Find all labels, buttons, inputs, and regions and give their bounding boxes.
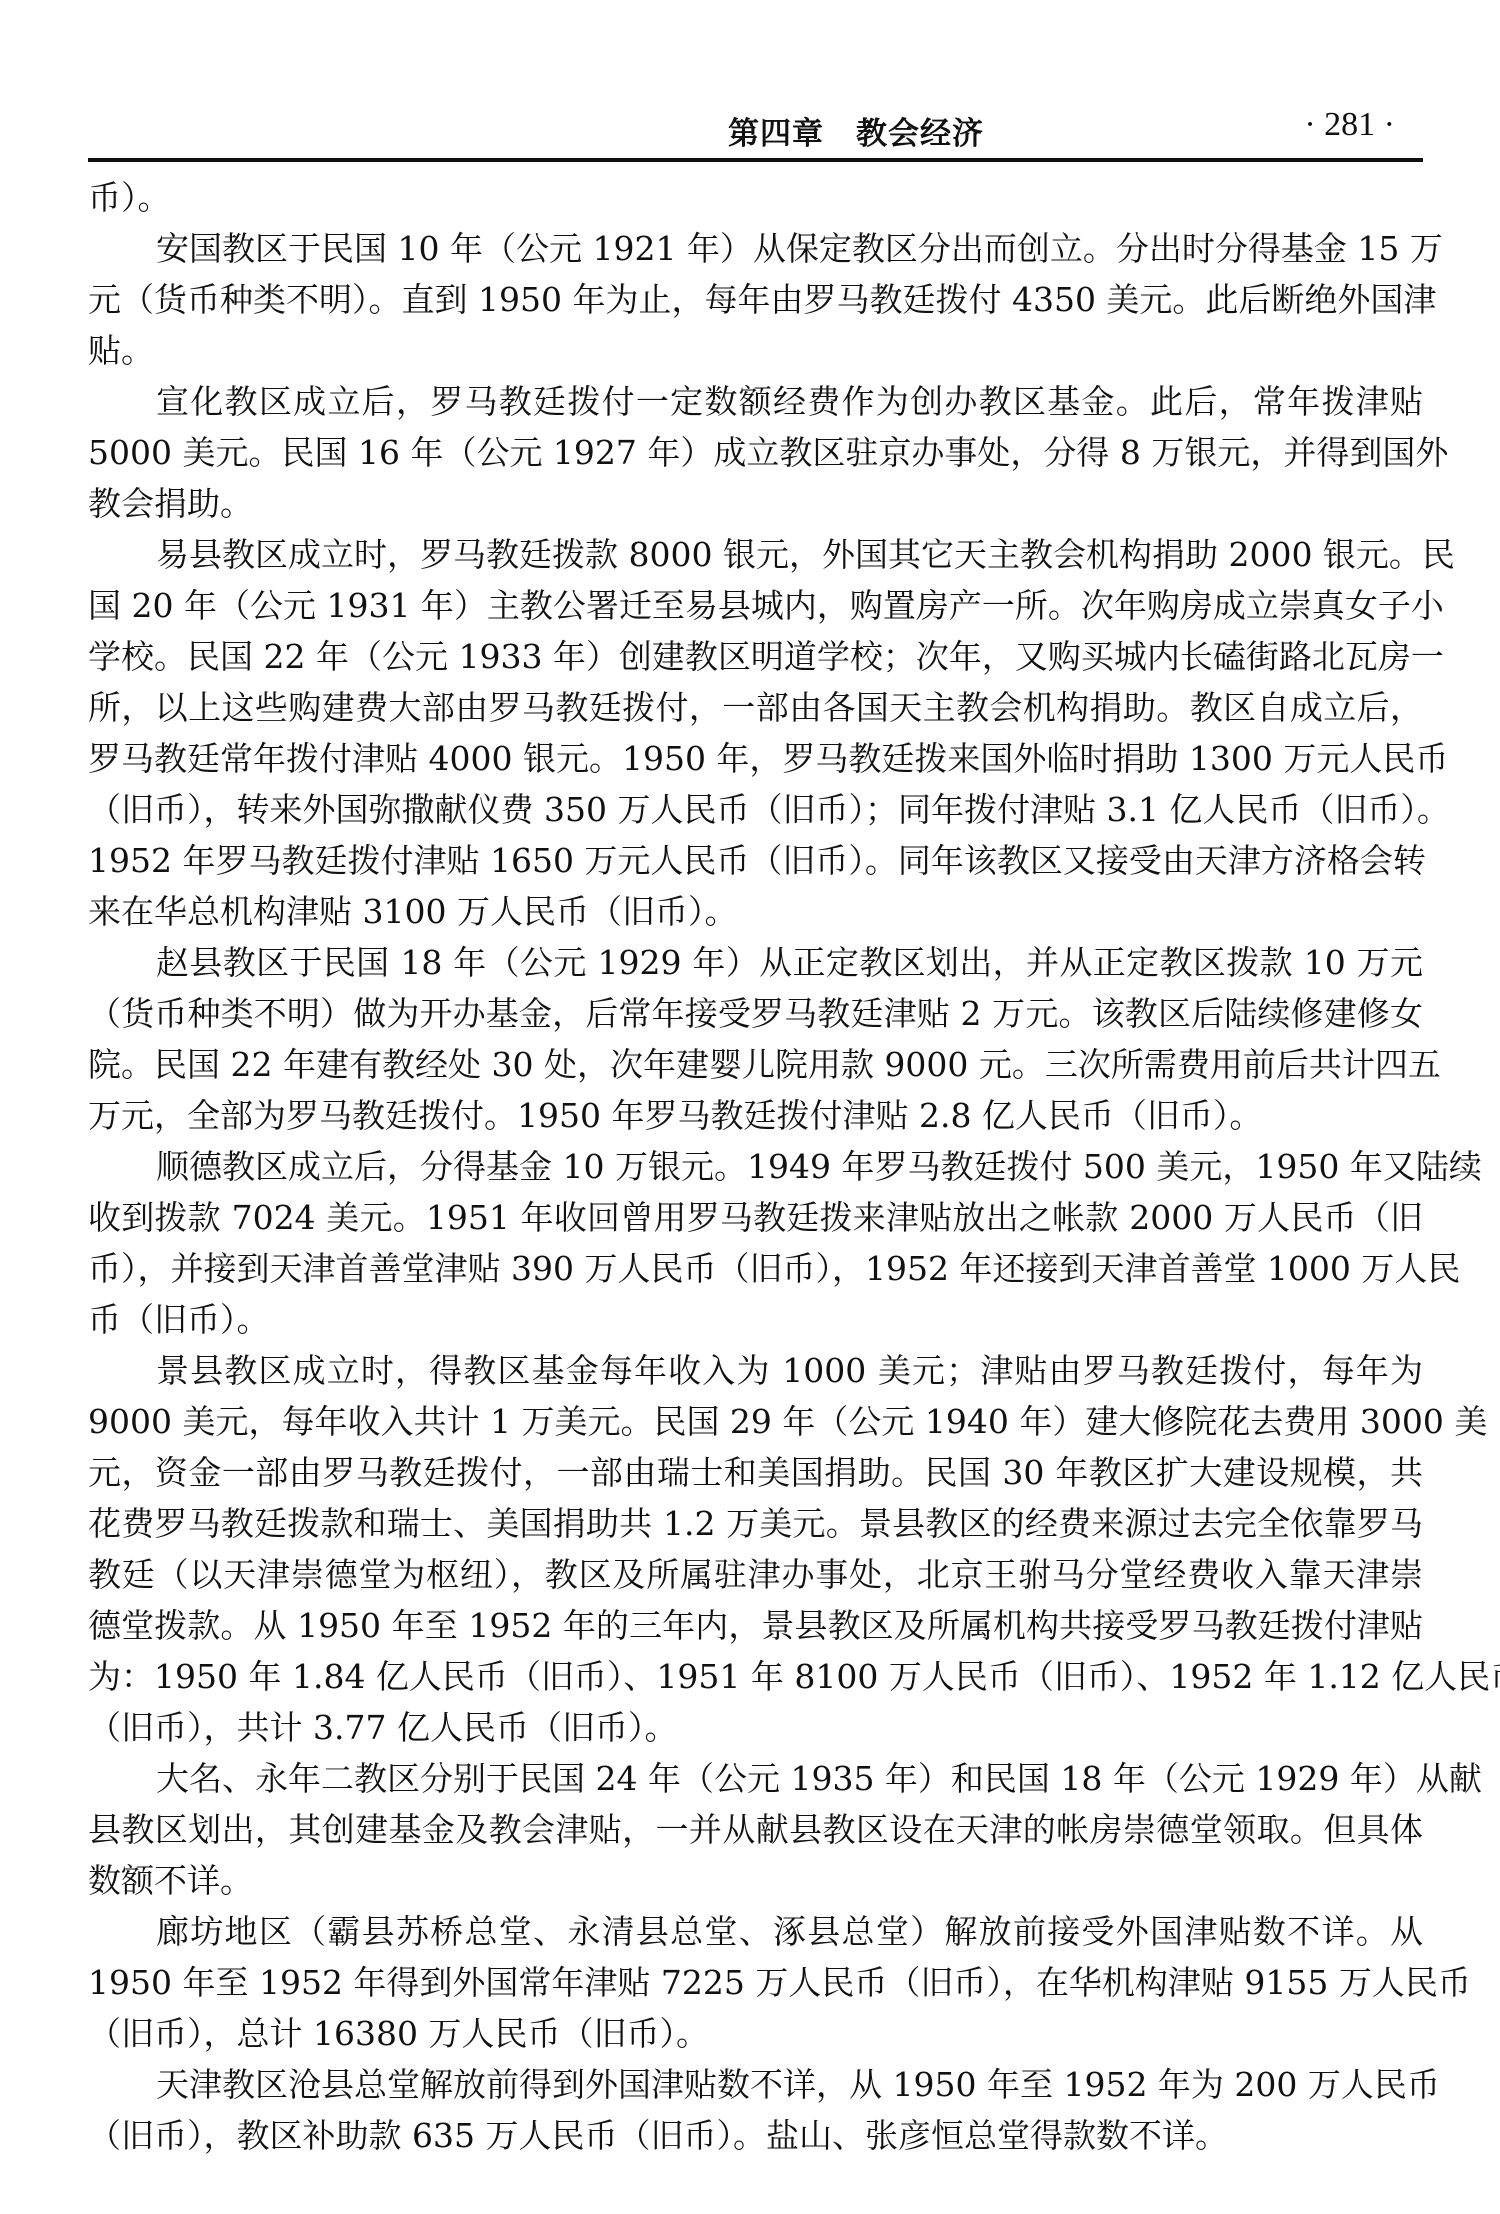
text-line: 5000 美元。民国 16 年（公元 1927 年）成立教区驻京办事处，分得 8…	[88, 427, 1423, 478]
text-line: 县教区划出，其创建基金及教会津贴，一并从献县教区设在天津的帐房崇德堂领取。但具体	[88, 1804, 1423, 1855]
text-line: 元，资金一部由罗马教廷拨付，一部由瑞士和美国捐助。民国 30 年教区扩大建设规模…	[88, 1447, 1423, 1498]
text-line: 为：1950 年 1.84 亿人民币（旧币）、1951 年 8100 万人民币（…	[88, 1651, 1423, 1702]
text-line: （旧币），转来外国弥撒献仪费 350 万人民币（旧币）；同年拨付津贴 3.1 亿…	[88, 784, 1423, 835]
page-number: · 281 ·	[1304, 106, 1395, 144]
text-line: （旧币），共计 3.77 亿人民币（旧币）。	[88, 1702, 1423, 1753]
paragraph: 赵县教区于民国 18 年（公元 1929 年）从正定教区划出，并从正定教区拨款 …	[88, 937, 1423, 1141]
text-line: 来在华总机构津贴 3100 万人民币（旧币）。	[88, 886, 1423, 937]
text-line: 顺德教区成立后，分得基金 10 万银元。1949 年罗马教廷拨付 500 美元，…	[88, 1141, 1423, 1192]
text-line: 元（货币种类不明）。直到 1950 年为止，每年由罗马教廷拨付 4350 美元。…	[88, 274, 1423, 325]
text-line: 大名、永年二教区分别于民国 24 年（公元 1935 年）和民国 18 年（公元…	[88, 1753, 1423, 1804]
page-header: 第四章 教会经济 · 281 ·	[88, 104, 1423, 152]
text-line: （旧币），总计 16380 万人民币（旧币）。	[88, 2008, 1423, 2059]
header-rule	[88, 158, 1423, 162]
text-line: 贴。	[88, 325, 1423, 376]
text-line: 廊坊地区（霸县苏桥总堂、永清县总堂、涿县总堂）解放前接受外国津贴数不详。从	[88, 1906, 1423, 1957]
text-line: 数额不详。	[88, 1855, 1423, 1906]
text-line: 收到拨款 7024 美元。1951 年收回曾用罗马教廷拨来津贴放出之帐款 200…	[88, 1192, 1423, 1243]
text-line: 天津教区沧县总堂解放前得到外国津贴数不详，从 1950 年至 1952 年为 2…	[88, 2059, 1423, 2110]
text-line: 花费罗马教廷拨款和瑞士、美国捐助共 1.2 万美元。景县教区的经费来源过去完全依…	[88, 1498, 1423, 1549]
text-line: 学校。民国 22 年（公元 1933 年）创建教区明道学校；次年，又购买城内长磕…	[88, 631, 1423, 682]
text-line: 赵县教区于民国 18 年（公元 1929 年）从正定教区划出，并从正定教区拨款 …	[88, 937, 1423, 988]
paragraph: 大名、永年二教区分别于民国 24 年（公元 1935 年）和民国 18 年（公元…	[88, 1753, 1423, 1906]
text-line: 1952 年罗马教廷拨付津贴 1650 万元人民币（旧币）。同年该教区又接受由天…	[88, 835, 1423, 886]
text-line: 币（旧币）。	[88, 1294, 1423, 1345]
text-line: 院。民国 22 年建有教经处 30 处，次年建婴儿院用款 9000 元。三次所需…	[88, 1039, 1423, 1090]
paragraph: 顺德教区成立后，分得基金 10 万银元。1949 年罗马教廷拨付 500 美元，…	[88, 1141, 1423, 1345]
running-title: 第四章 教会经济	[728, 108, 984, 153]
text-line: 易县教区成立时，罗马教廷拨款 8000 银元，外国其它天主教会机构捐助 2000…	[88, 529, 1423, 580]
text-line: 宣化教区成立后，罗马教廷拨付一定数额经费作为创办教区基金。此后，常年拨津贴	[88, 376, 1423, 427]
text-line: 德堂拨款。从 1950 年至 1952 年的三年内，景县教区及所属机构共接受罗马…	[88, 1600, 1423, 1651]
text-line: （旧币），教区补助款 635 万人民币（旧币）。盐山、张彦恒总堂得款数不详。	[88, 2110, 1423, 2161]
paragraph: 易县教区成立时，罗马教廷拨款 8000 银元，外国其它天主教会机构捐助 2000…	[88, 529, 1423, 937]
text-line: 币），并接到天津首善堂津贴 390 万人民币（旧币），1952 年还接到天津首善…	[88, 1243, 1423, 1294]
text-line: 景县教区成立时，得教区基金每年收入为 1000 美元；津贴由罗马教廷拨付，每年为	[88, 1345, 1423, 1396]
text-line: （货币种类不明）做为开办基金，后常年接受罗马教廷津贴 2 万元。该教区后陆续修建…	[88, 988, 1423, 1039]
text-line: 9000 美元，每年收入共计 1 万美元。民国 29 年（公元 1940 年）建…	[88, 1396, 1423, 1447]
body-text: 币）。安国教区于民国 10 年（公元 1921 年）从保定教区分出而创立。分出时…	[88, 172, 1423, 2161]
text-line: 万元，全部为罗马教廷拨付。1950 年罗马教廷拨付津贴 2.8 亿人民币（旧币）…	[88, 1090, 1423, 1141]
paragraph: 景县教区成立时，得教区基金每年收入为 1000 美元；津贴由罗马教廷拨付，每年为…	[88, 1345, 1423, 1753]
text-line: 罗马教廷常年拨付津贴 4000 银元。1950 年，罗马教廷拨来国外临时捐助 1…	[88, 733, 1423, 784]
text-line: 1950 年至 1952 年得到外国常年津贴 7225 万人民币（旧币），在华机…	[88, 1957, 1423, 2008]
paragraph: 安国教区于民国 10 年（公元 1921 年）从保定教区分出而创立。分出时分得基…	[88, 223, 1423, 376]
paragraph: 宣化教区成立后，罗马教廷拨付一定数额经费作为创办教区基金。此后，常年拨津贴500…	[88, 376, 1423, 529]
text-line: 国 20 年（公元 1931 年）主教公署迁至易县城内，购置房产一所。次年购房成…	[88, 580, 1423, 631]
text-line: 教廷（以天津崇德堂为枢纽），教区及所属驻津办事处，北京王驸马分堂经费收入靠天津崇	[88, 1549, 1423, 1600]
paragraph: 币）。	[88, 172, 1423, 223]
text-line: 教会捐助。	[88, 478, 1423, 529]
text-line: 币）。	[88, 172, 1423, 223]
paragraph: 天津教区沧县总堂解放前得到外国津贴数不详，从 1950 年至 1952 年为 2…	[88, 2059, 1423, 2161]
text-line: 安国教区于民国 10 年（公元 1921 年）从保定教区分出而创立。分出时分得基…	[88, 223, 1423, 274]
text-line: 所，以上这些购建费大部由罗马教廷拨付，一部由各国天主教会机构捐助。教区自成立后，	[88, 682, 1423, 733]
paragraph: 廊坊地区（霸县苏桥总堂、永清县总堂、涿县总堂）解放前接受外国津贴数不详。从195…	[88, 1906, 1423, 2059]
